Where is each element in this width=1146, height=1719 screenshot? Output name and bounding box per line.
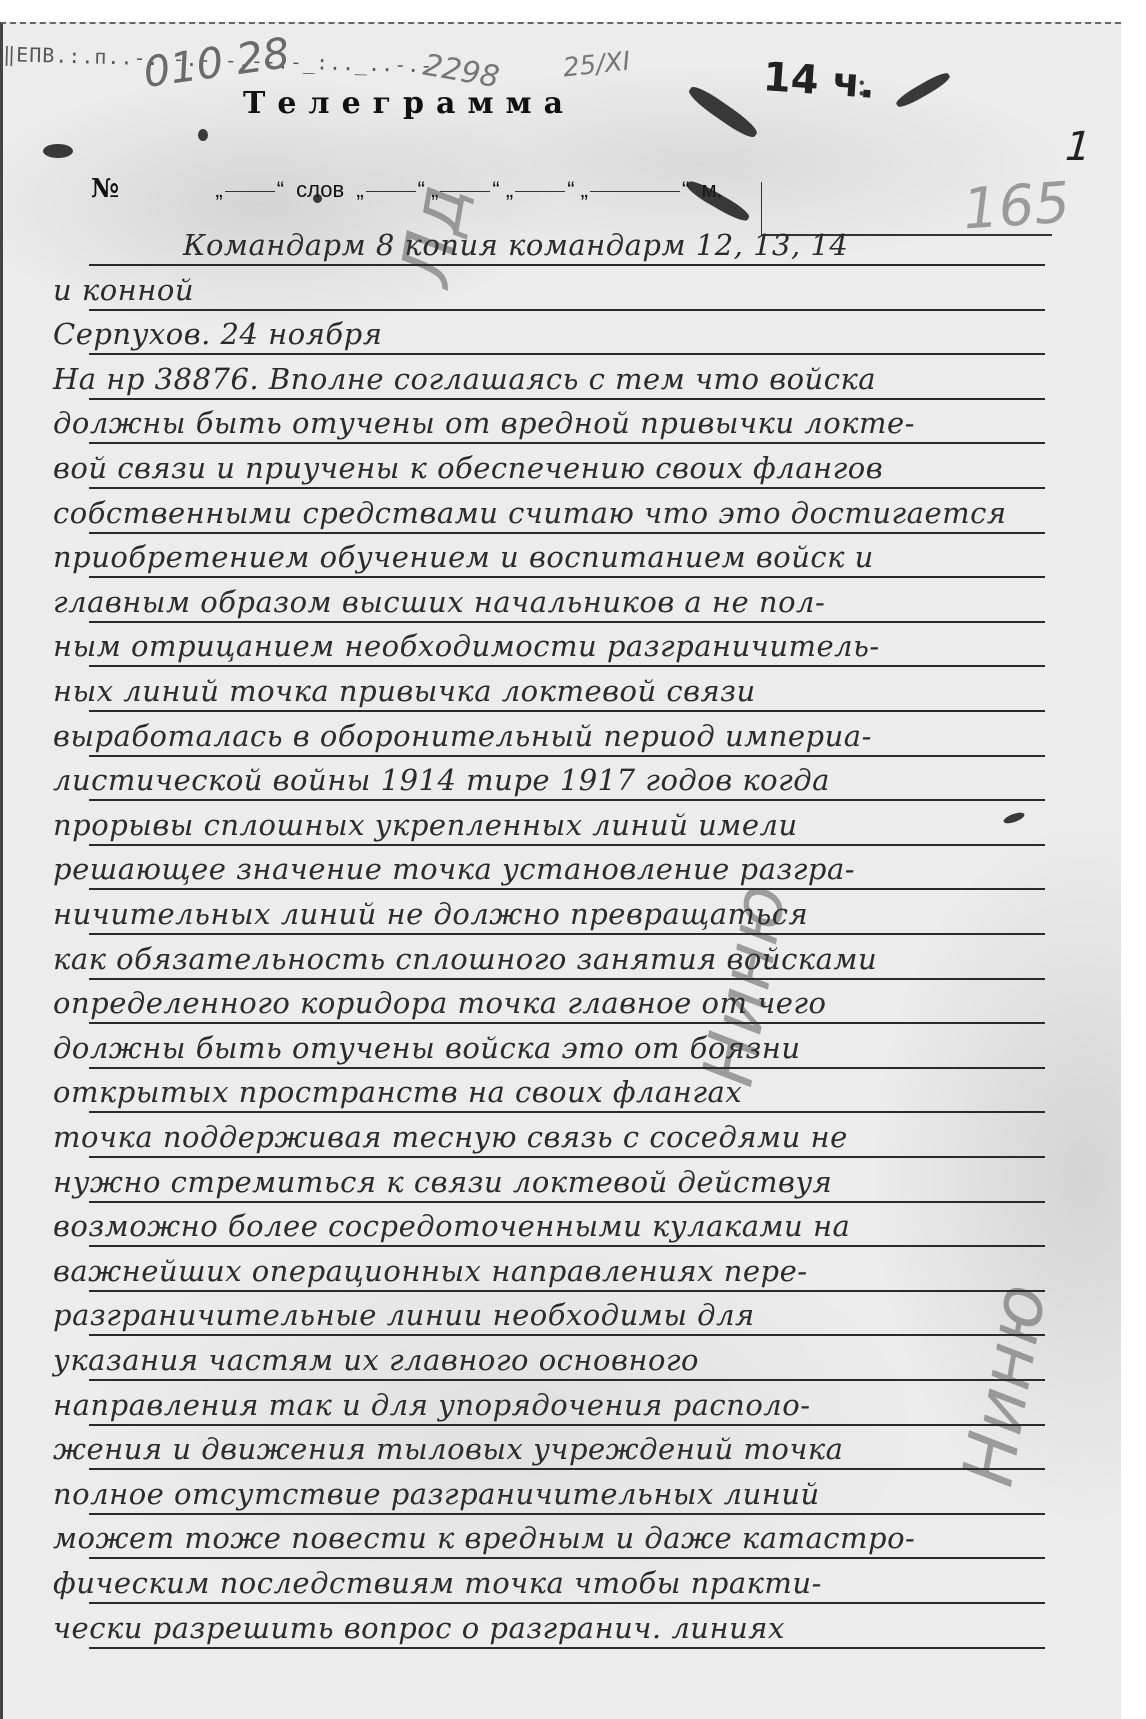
ruled-line [89, 487, 1045, 489]
handwritten-line: выработалась в оборонительный период имп… [53, 719, 1073, 753]
ink-blot [198, 129, 208, 141]
number-label: № [91, 174, 119, 204]
handwritten-line: главным образом высших начальников а не … [53, 585, 1073, 619]
quote-close: “ [492, 177, 499, 202]
handwritten-line: определенного коридора точка главное от … [53, 986, 1073, 1020]
handwritten-line: ным отрицанием необходимости разграничит… [53, 629, 1073, 663]
telegram-sheet: ‖ЕПВ.:.п..-..-.-:-.--.-_:.._..-.- 010 28… [0, 22, 1121, 1717]
ruled-line [89, 710, 1045, 712]
handwritten-line: прорывы сплошных укрепленных линий имели [53, 808, 1073, 842]
ruled-line [89, 1424, 1045, 1426]
handwritten-line: направления так и для упорядочения распо… [53, 1388, 1073, 1422]
ruled-line [89, 888, 1045, 890]
ruled-line [89, 1379, 1045, 1381]
ink-blot [43, 144, 73, 158]
ruled-line [89, 1201, 1045, 1203]
quote-open: „ [506, 177, 513, 202]
handwritten-line: важнейших операционных направлениях пере… [53, 1254, 1073, 1288]
ink-blot [894, 70, 952, 110]
handwritten-line: собственными средствами считаю что это д… [53, 496, 1073, 530]
ruled-line [89, 621, 1045, 623]
handwritten-line: ных линий точка привычка локтевой связи [53, 674, 1073, 708]
handwritten-line: фическим последствиям точка чтобы практи… [53, 1566, 1073, 1600]
ruled-line [89, 532, 1045, 534]
handwritten-line: и конной [53, 273, 1073, 307]
handwritten-line: ничительных линий не должно превращаться [53, 897, 1073, 931]
ruled-line [89, 1513, 1045, 1515]
ruled-line [89, 576, 1045, 578]
handwritten-line: жения и движения тыловых учреждений точк… [53, 1432, 1073, 1466]
handwritten-line: листической войны 1914 тире 1917 годов к… [53, 763, 1073, 797]
handwritten-line: нужно стремиться к связи локтевой действ… [53, 1165, 1073, 1199]
blank-field [515, 191, 565, 192]
ruled-line [89, 442, 1045, 444]
ruled-line [89, 1156, 1045, 1158]
ruled-line [89, 799, 1045, 801]
ruled-line [89, 353, 1045, 355]
handwritten-line: чески разрешить вопрос о разгранич. лини… [53, 1611, 1073, 1645]
ruled-line [89, 398, 1045, 400]
handwritten-line: как обязательность сплошного занятия вой… [53, 942, 1073, 976]
ruled-line [89, 665, 1045, 667]
ruled-line [89, 1557, 1045, 1559]
handwritten-line: должны быть отучены войска это от боязни [53, 1031, 1073, 1065]
handwritten-line: разграничительные линии необходимы для [53, 1298, 1073, 1332]
handwritten-line: указания частям их главного основного [53, 1343, 1073, 1377]
ruled-line [89, 1022, 1045, 1024]
colon-mark: : [856, 64, 867, 104]
quote-close: “ [277, 177, 284, 202]
quote-close: “ [567, 177, 574, 202]
handwritten-line: точка поддерживая тесную связь с соседям… [53, 1120, 1073, 1154]
handwritten-line: Командарм 8 копия командарм 12, 13, 14 [183, 228, 1146, 262]
ruled-line [89, 755, 1045, 757]
quote-open: „ [581, 177, 588, 202]
handwritten-line: приобретением обучением и воспитанием во… [53, 540, 1073, 574]
ruled-line [89, 978, 1045, 980]
quote-open: „ [356, 177, 363, 202]
ruled-line [89, 309, 1045, 311]
handwritten-line: решающее значение точка установление раз… [53, 852, 1073, 886]
handwritten-line: должны быть отучены от вредной привычки … [53, 406, 1073, 440]
form-title: Телеграмма [243, 86, 575, 121]
ruled-line [89, 1647, 1045, 1649]
handwritten-line: вой связи и приучены к обеспечению своих… [53, 451, 1073, 485]
handwritten-line: На нр 38876. Вполне соглашаясь с тем что… [53, 362, 1073, 396]
handwritten-line: может тоже повести к вредным и даже ката… [53, 1521, 1073, 1555]
handwritten-line: полное отсутствие разграничительных лини… [53, 1477, 1073, 1511]
ruled-line [89, 264, 1045, 266]
ruled-line [89, 1334, 1045, 1336]
ruled-line [89, 1111, 1045, 1113]
received-date: 25/XI [562, 47, 632, 84]
ruled-line [89, 1067, 1045, 1069]
registration-stamp-strip: ‖ЕПВ.:.п..-..-.-:-.--.-_:.._..-.- [3, 42, 604, 88]
ink-blot [686, 83, 761, 142]
ruled-line [89, 1245, 1045, 1247]
handwritten-line: Серпухов. 24 ноября [53, 317, 1073, 351]
sheet-number: 1 [1059, 124, 1097, 170]
ink-blot [313, 194, 322, 203]
quote-open: „ [215, 177, 222, 202]
blank-field [225, 191, 275, 192]
handwritten-line: открытых пространств на своих флангах [53, 1075, 1073, 1109]
ruled-line [89, 1468, 1045, 1470]
ruled-line [89, 844, 1045, 846]
blank-field [590, 191, 680, 192]
ruled-line [89, 1290, 1045, 1292]
ruled-line [89, 933, 1045, 935]
ruled-line [89, 1602, 1045, 1604]
handwritten-line: возможно более сосредоточенными кулаками… [53, 1209, 1073, 1243]
